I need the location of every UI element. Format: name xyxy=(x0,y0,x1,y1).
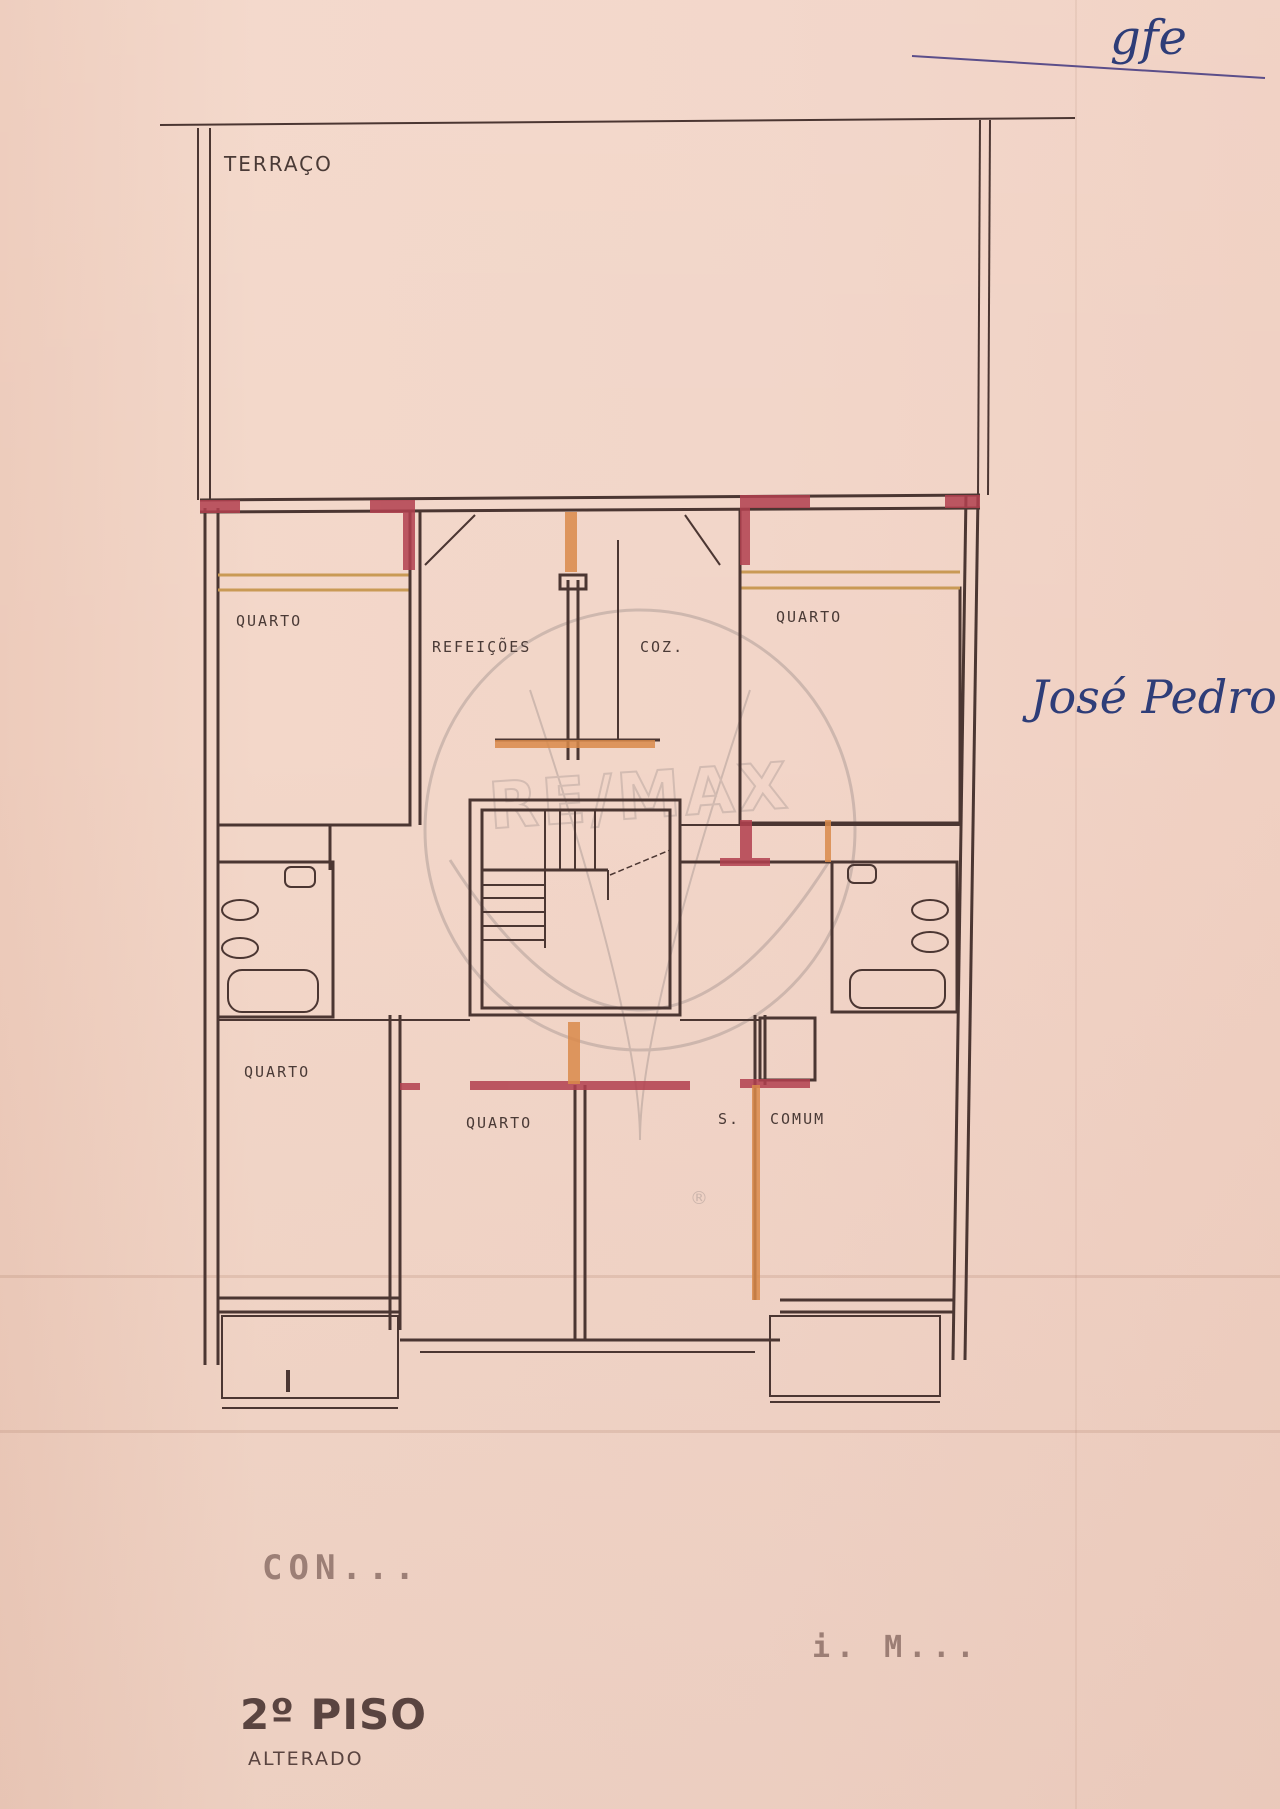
faded-stamp-right: i. M... xyxy=(812,1630,980,1665)
faded-stamp-left: CON... xyxy=(262,1548,421,1588)
room-label-quarto-sw: QUARTO xyxy=(244,1063,310,1081)
room-label-cozinha: COZ. xyxy=(640,638,684,656)
floor-plan-drawing xyxy=(0,0,1280,1809)
room-label-sala-prefix: S. xyxy=(718,1110,740,1128)
signature-jose-pedro: José Pedro t xyxy=(1030,670,1280,724)
signature-strike-line xyxy=(910,50,1270,90)
room-label-terraco: TERRAÇO xyxy=(224,152,333,176)
floor-title: 2º PISO xyxy=(240,1690,427,1739)
room-label-quarto-nw: QUARTO xyxy=(236,612,302,630)
room-label-quarto-s: QUARTO xyxy=(466,1114,532,1132)
room-label-quarto-ne: QUARTO xyxy=(776,608,842,626)
floor-subtitle: ALTERADO xyxy=(248,1748,364,1770)
room-label-refeicoes: REFEIÇÕES xyxy=(432,638,531,656)
room-label-sala-comum: COMUM xyxy=(770,1110,825,1128)
